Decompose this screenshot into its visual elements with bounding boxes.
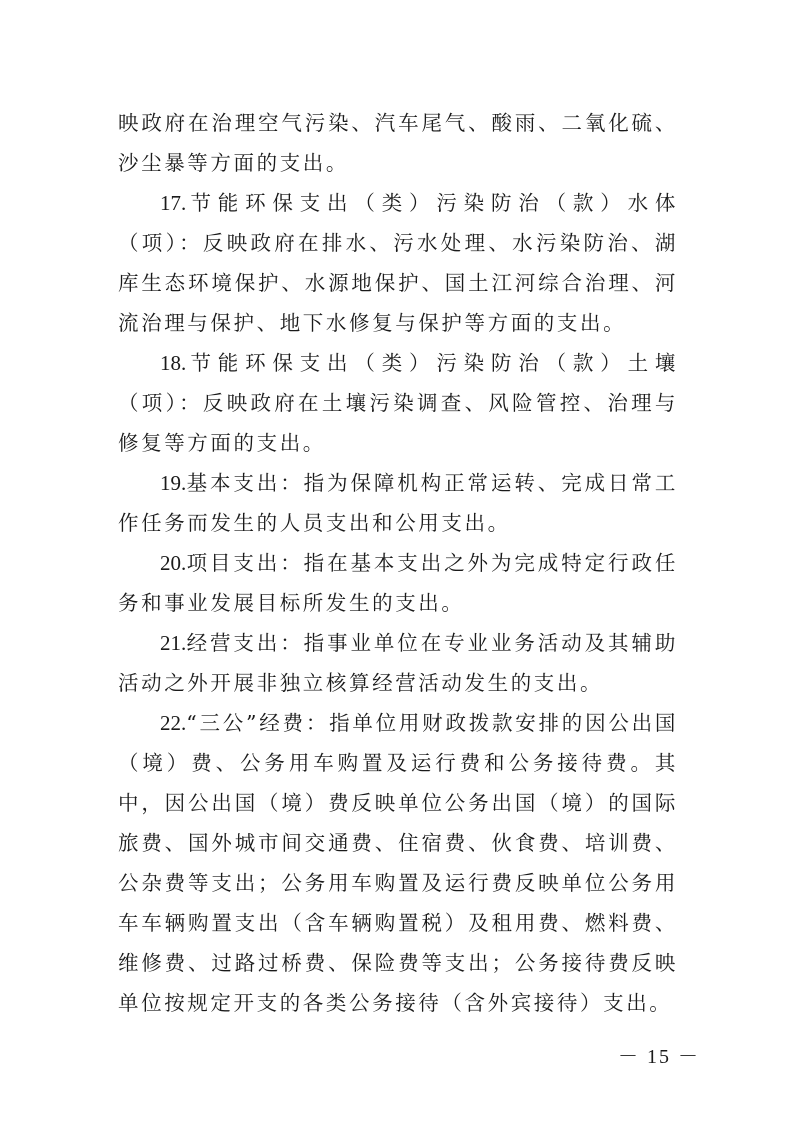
document-body: 映政府在治理空气污染、汽车尾气、酸雨、二氧化硫、沙尘暴等方面的支出。 17.节能… [118, 103, 678, 1023]
paragraph-22: 22.“三公”经费：指单位用财政拨款安排的因公出国（境）费、公务用车购置及运行费… [118, 703, 678, 1023]
item-number: 18. [160, 351, 186, 375]
item-number: 20. [160, 551, 186, 575]
paragraph-19: 19.基本支出：指为保障机构正常运转、完成日常工作任务而发生的人员支出和公用支出… [118, 463, 678, 543]
paragraph-18: 18.节能环保支出（类）污染防治（款）土壤（项）：反映政府在土壤污染调查、风险管… [118, 343, 678, 463]
paragraph-text: 节能环保支出（类）污染防治（款）水体（项）：反映政府在排水、污水处理、水污染防治… [118, 191, 678, 335]
paragraph-text: 映政府在治理空气污染、汽车尾气、酸雨、二氧化硫、沙尘暴等方面的支出。 [118, 111, 678, 175]
paragraph-text: 节能环保支出（类）污染防治（款）土壤（项）：反映政府在土壤污染调查、风险管控、治… [118, 351, 678, 455]
paragraph-text: “三公”经费：指单位用财政拨款安排的因公出国（境）费、公务用车购置及运行费和公务… [118, 711, 678, 1015]
paragraph-21: 21.经营支出：指事业单位在专业业务活动及其辅助活动之外开展非独立核算经营活动发… [118, 623, 678, 703]
page-number: － 15 － [618, 1040, 700, 1069]
paragraph-20: 20.项目支出：指在基本支出之外为完成特定行政任务和事业发展目标所发生的支出。 [118, 543, 678, 623]
item-number: 21. [160, 631, 186, 655]
item-number: 22. [160, 711, 186, 735]
paragraph-text: 经营支出：指事业单位在专业业务活动及其辅助活动之外开展非独立核算经营活动发生的支… [118, 631, 678, 695]
item-number: 19. [160, 471, 186, 495]
paragraph-16-continued: 映政府在治理空气污染、汽车尾气、酸雨、二氧化硫、沙尘暴等方面的支出。 [118, 103, 678, 183]
item-number: 17. [160, 191, 186, 215]
paragraph-17: 17.节能环保支出（类）污染防治（款）水体（项）：反映政府在排水、污水处理、水污… [118, 183, 678, 343]
paragraph-text: 项目支出：指在基本支出之外为完成特定行政任务和事业发展目标所发生的支出。 [118, 551, 678, 615]
paragraph-text: 基本支出：指为保障机构正常运转、完成日常工作任务而发生的人员支出和公用支出。 [118, 471, 678, 535]
